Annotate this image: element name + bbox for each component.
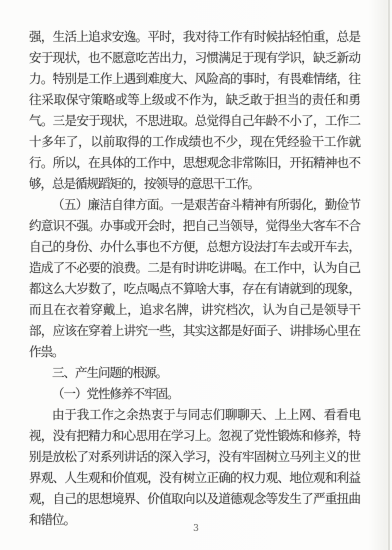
document-text: 强，生活上追求安逸。平时，我对待工作有时候拈轻怕重，总是安于现状，也不愿意吃苦出… bbox=[29, 26, 360, 530]
scan-edge-artifact bbox=[388, 0, 390, 550]
heading-section-3-root-causes: 三、产生问题的根源。 bbox=[29, 362, 360, 383]
heading-subsection-1-party-spirit: （一）党性修养不牢固。 bbox=[29, 383, 360, 404]
page-number: 3 bbox=[0, 524, 392, 534]
paragraph-party-spirit-detail: 由于我工作之余热衷于与同志们聊聊天、上上网、看看电视，没有把精力和心思用在学习上… bbox=[29, 404, 360, 530]
paragraph-section-5-integrity: （五）廉洁自律方面。一是艰苦奋斗精神有所弱化，勤俭节约意识不强。办事或开会时，把… bbox=[29, 194, 360, 362]
paragraph-continuation: 强，生活上追求安逸。平时，我对待工作有时候拈轻怕重，总是安于现状，也不愿意吃苦出… bbox=[29, 26, 360, 194]
document-page: 强，生活上追求安逸。平时，我对待工作有时候拈轻怕重，总是安于现状，也不愿意吃苦出… bbox=[0, 0, 392, 550]
